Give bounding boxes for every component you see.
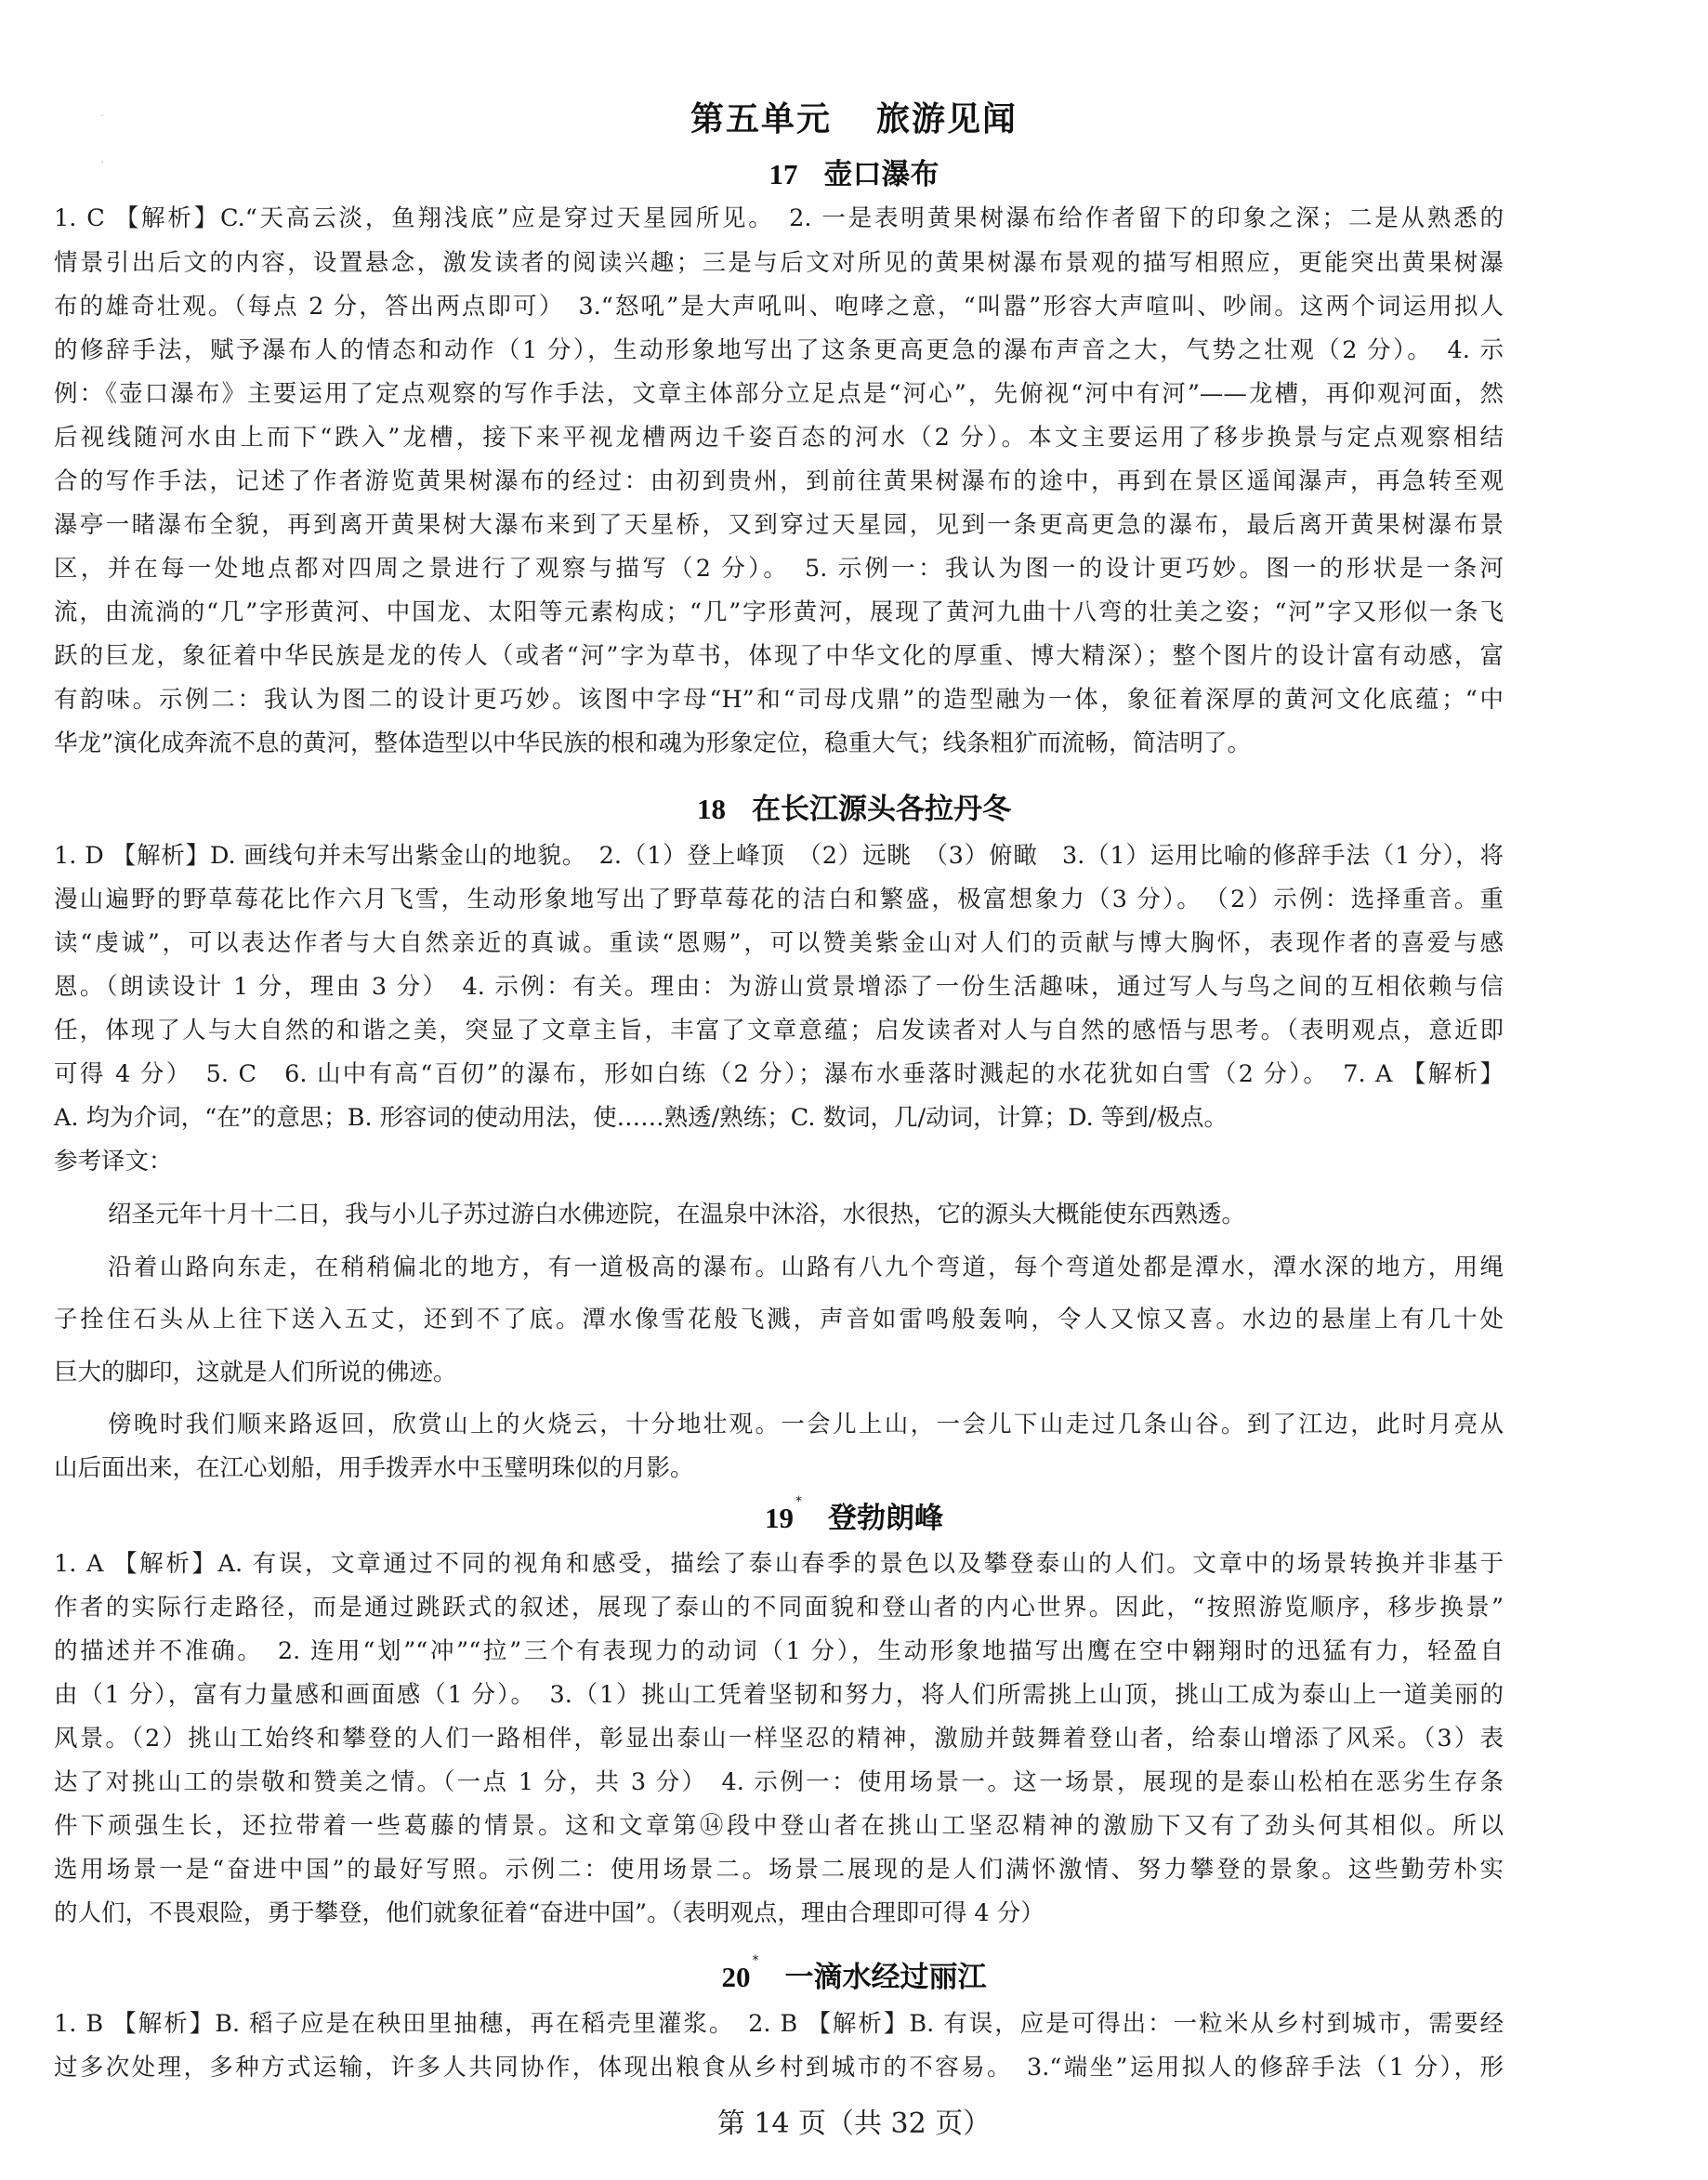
answer-key-page: · · 第五单元旅游见闻 17壶口瀑布 1. C 【解析】C.“天高云淡，鱼翔浅…	[0, 0, 1708, 2180]
answer-line: 1. B 【解析】B. 稻子应是在秧田里抽穗，再在稻壳里灌浆。 2. B 【解析…	[54, 2008, 1504, 2040]
translation-line: 山后面出来，在江心划船，用手拨弄水中玉璧明珠似的月影。	[54, 1452, 1504, 1484]
answer-line: 的修辞手法，赋予瀑布人的情态和动作（1 分），生动形象地写出了这条更高更急的瀑布…	[54, 335, 1504, 366]
answer-line: 瀑亭一睹瀑布全貌，再到离开黄果树大瀑布来到了天星桥，又到穿过天星园，见到一条更高…	[54, 509, 1504, 541]
answer-line: 区，并在每一处地点都对四周之景进行了观察与描写（2 分）。 5. 示例一：我认为…	[54, 553, 1504, 584]
optional-star-mark: *	[753, 1953, 759, 1968]
answer-line: 件下顽强生长，还拉带着一些葛藤的情景。这和文章第⑭段中登山者在挑山工坚忍精神的激…	[54, 1810, 1504, 1842]
answer-line: 1. A 【解析】A. 有误，文章通过不同的视角和感受，描绘了泰山春季的景色以及…	[54, 1548, 1504, 1580]
answer-line: A. 均为介词，“在”的意思；B. 形容词的使动用法，使……熟透/熟练；C. 数…	[54, 1102, 1504, 1134]
answer-line: 可得 4 分） 5. C 6. 山中有高“百仞”的瀑布，形如白练（2 分）；瀑布…	[54, 1058, 1504, 1090]
section-title-18: 18在长江源头各拉丹冬	[0, 785, 1708, 827]
answer-line: 的描述并不准确。 2. 连用“划”“冲”“拉”三个有表现力的动词（1 分），生动…	[54, 1635, 1504, 1667]
translation-line: 沿着山路向东走，在稍稍偏北的地方，有一道极高的瀑布。山路有八九个弯道，每个弯道处…	[108, 1252, 1504, 1283]
answer-line: 例：《壶口瀑布》主要运用了定点观察的写作手法，文章主体部分立足点是“河心”，先俯…	[54, 378, 1504, 410]
answer-line: 作者的实际行走路径，而是通过跳跃式的叙述，展现了泰山的不同面貌和登山者的内心世界…	[54, 1592, 1504, 1623]
answer-line: 布的雄奇壮观。（每点 2 分，答出两点即可） 3.“怒吼”是大声吼叫、咆哮之意，…	[54, 291, 1504, 322]
answer-line: 风景。（2）挑山工始终和攀登的人们一路相伴，彰显出泰山一样坚忍的精神，激励并鼓舞…	[54, 1723, 1504, 1754]
answer-line: 1. D 【解析】D. 画线句并未写出紫金山的地貌。 2.（1）登上峰顶 （2）…	[54, 840, 1504, 872]
answer-line: 漫山遍野的野草莓花比作六月飞雪，生动形象地写出了野草莓花的洁白和繁盛，极富想象力…	[54, 884, 1504, 915]
translation-line: 绍圣元年十月十二日，我与小儿子苏过游白水佛迹院，在温泉中沐浴，水很热，它的源头大…	[108, 1199, 1504, 1230]
answer-line: 任，体现了人与大自然的和谐之美，突显了文章主旨，丰富了文章意蕴；启发读者对人与自…	[54, 1015, 1504, 1046]
answer-line: 过多次处理，多种方式运输，许多人共同协作，体现出粮食从乡村到城市的不容易。 3.…	[54, 2052, 1504, 2083]
answer-line: 合的写作手法，记述了作者游览黄果树瀑布的经过：由初到贵州，到前往黄果树瀑布的途中…	[54, 466, 1504, 497]
page-number: 第 14 页（共 32 页）	[0, 2100, 1708, 2141]
answer-line: 流，由流淌的“几”字形黄河、中国龙、太阳等元素构成；“几”字形黄河，展现了黄河九…	[54, 597, 1504, 628]
answer-line: 华龙”演化成奔流不息的黄河，整体造型以中华民族的根和魂为形象定位，稳重大气；线条…	[54, 728, 1504, 759]
answer-line: 的人们，不畏艰险，勇于攀登，他们就象征着“奋进中国”。（表明观点，理由合理即可得…	[54, 1898, 1504, 1929]
optional-star-mark: *	[795, 1494, 802, 1509]
answer-line: 有韵味。示例二：我认为图二的设计更巧妙。该图中字母“H”和“司母戊鼎”的造型融为…	[54, 684, 1504, 716]
section-title-20: 20*一滴水经过丽江	[0, 1953, 1708, 1995]
section-title-17: 17壶口瀑布	[0, 151, 1708, 192]
translation-line: 傍晚时我们顺来路返回，欣赏山上的火烧云，十分地壮观。一会儿上山，一会儿下山走过几…	[108, 1409, 1504, 1440]
answer-line: 达了对挑山工的崇敬和赞美之情。（一点 1 分，共 3 分） 4. 示例一：使用场…	[54, 1766, 1504, 1798]
unit-theme: 旅游见闻	[876, 100, 1018, 138]
unit-title: 第五单元旅游见闻	[0, 93, 1708, 140]
answer-line: 选用场景一是“奋进中国”的最好写照。示例二：使用场景二。场景二展现的是人们满怀激…	[54, 1854, 1504, 1885]
section-title-19: 19*登勃朗峰	[0, 1494, 1708, 1536]
answer-line: 1. C 【解析】C.“天高云淡，鱼翔浅底”应是穿过天星园所见。 2. 一是表明…	[54, 203, 1504, 234]
answer-line: 跃的巨龙，象征着中华民族是龙的传人（或者“河”字为草书，体现了中华文化的厚重、博…	[54, 640, 1504, 672]
unit-label: 第五单元	[690, 100, 832, 138]
answer-line: 恩。（朗读设计 1 分，理由 3 分） 4. 示例：有关。理由：为游山赏景增添了…	[54, 971, 1504, 1003]
answer-line: 情景引出后文的内容，设置悬念，激发读者的阅读兴趣；三是与后文对所见的黄果树瀑布景…	[54, 247, 1504, 279]
answer-line: 读“虔诚”，可以表达作者与大自然亲近的真诚。重读“恩赐”，可以赞美紫金山对人们的…	[54, 927, 1504, 959]
translation-line: 巨大的脚印，这就是人们所说的佛迹。	[54, 1357, 1504, 1388]
translation-line: 子拴住石头从上往下送入五丈，还到不了底。潭水像雪花般飞溅，声音如雷鸣般轰响，令人…	[54, 1304, 1504, 1335]
translation-label: 参考译文：	[54, 1146, 1504, 1177]
answer-line: 后视线随河水由上而下“跌入”龙槽，接下来平视龙槽两边千姿百态的河水（2 分）。本…	[54, 422, 1504, 453]
answer-line: 由（1 分），富有力量感和画面感（1 分）。 3.（1）挑山工凭着坚韧和努力，将…	[54, 1679, 1504, 1711]
